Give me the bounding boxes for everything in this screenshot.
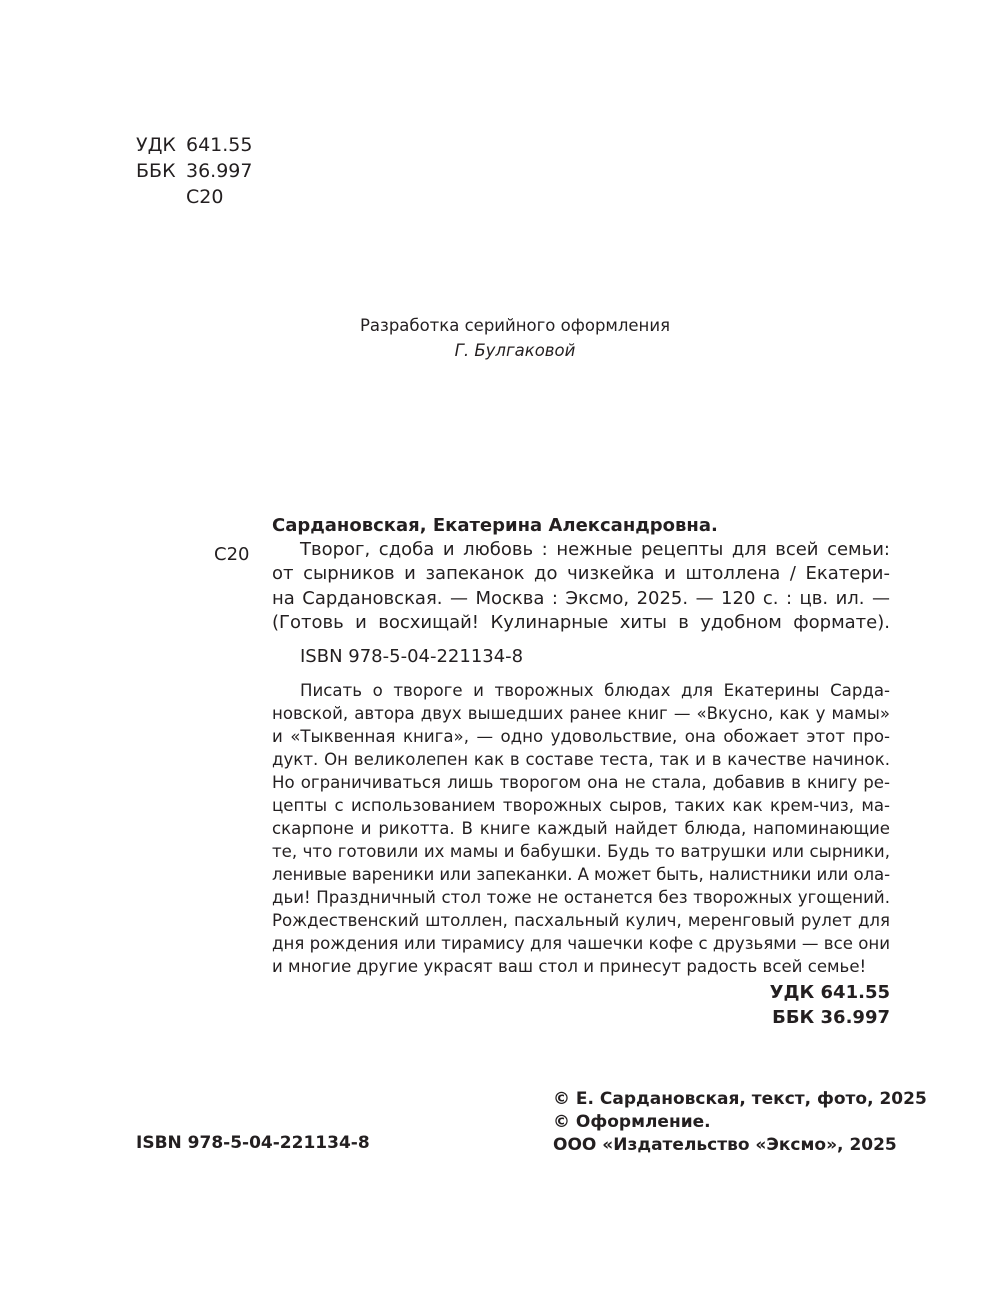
annotation-line: и «Тыквенная книга», — одно удовольствие…	[272, 725, 890, 748]
annotation-line: те, что готовили их мамы и бабушки. Будь…	[272, 840, 890, 863]
card-bbk: ББК 36.997	[770, 1005, 890, 1030]
classification-block: УДК 641.55 ББК 36.997 С20	[136, 132, 252, 210]
annotation-line: Но ограничиваться лишь творогом она не с…	[272, 771, 890, 794]
card-author: Сардановская, Екатерина Александровна.	[272, 514, 890, 538]
catalog-code: С20	[214, 543, 249, 567]
annotation-line: новской, автора двух вышедших ранее книг…	[272, 702, 890, 725]
description-line: (Готовь и восхищай! Кулинарные хиты в уд…	[272, 611, 890, 635]
author-code: С20	[186, 184, 223, 210]
bbk-row: ББК 36.997	[136, 158, 252, 184]
udk-row: УДК 641.55	[136, 132, 252, 158]
footer-isbn: ISBN 978-5-04-221134-8	[136, 1133, 370, 1153]
udk-label: УДК	[136, 132, 186, 158]
catalog-card: С20 Сардановская, Екатерина Александровн…	[272, 514, 890, 1030]
bbk-value: 36.997	[186, 158, 252, 184]
udk-value: 641.55	[186, 132, 252, 158]
annotation: Писать о твороге и творожных блюдах для …	[272, 679, 890, 978]
designer-name: Г. Булгаковой	[0, 338, 986, 363]
annotation-line: скарпоне и рикотта. В книге каждый найде…	[272, 817, 890, 840]
card-classification: УДК 641.55 ББК 36.997	[272, 978, 890, 1030]
annotation-line: и многие другие украсят ваш стол и прине…	[272, 955, 890, 978]
annotation-line: Рождественский штоллен, пасхальный кулич…	[272, 909, 890, 932]
annotation-line: дукт. Он великолепен как в составе теста…	[272, 748, 890, 771]
author-code-row: С20	[136, 184, 252, 210]
bbk-label: ББК	[136, 158, 186, 184]
copyright-block: © Е. Сардановская, текст, фото, 2025 © О…	[553, 1088, 927, 1157]
copyright-line: © Е. Сардановская, текст, фото, 2025	[553, 1088, 927, 1111]
annotation-line: дня рождения или тирамису для чашечки ко…	[272, 932, 890, 955]
annotation-line: цепты с использованием творожных сыров, …	[272, 794, 890, 817]
annotation-line: дьи! Праздничный стол тоже не останется …	[272, 886, 890, 909]
card-isbn: ISBN 978-5-04-221134-8	[272, 645, 890, 669]
description-line: на Сардановская. — Москва : Эксмо, 2025.…	[272, 587, 890, 611]
copyright-line: ООО «Издательство «Эксмо», 2025	[553, 1134, 927, 1157]
card-udk: УДК 641.55	[770, 980, 890, 1005]
description-line: от сырников и запеканок до чизкейка и шт…	[272, 562, 890, 586]
annotation-line: Писать о твороге и творожных блюдах для …	[272, 679, 890, 702]
design-credit: Разработка серийного оформления Г. Булга…	[0, 313, 986, 363]
design-credit-line: Разработка серийного оформления	[0, 313, 986, 338]
annotation-line: ленивые вареники или запеканки. А может …	[272, 863, 890, 886]
bibliographic-description: Творог, сдоба и любовь : нежные рецепты …	[272, 538, 890, 635]
description-line: Творог, сдоба и любовь : нежные рецепты …	[272, 538, 890, 562]
copyright-line: © Оформление.	[553, 1111, 927, 1134]
